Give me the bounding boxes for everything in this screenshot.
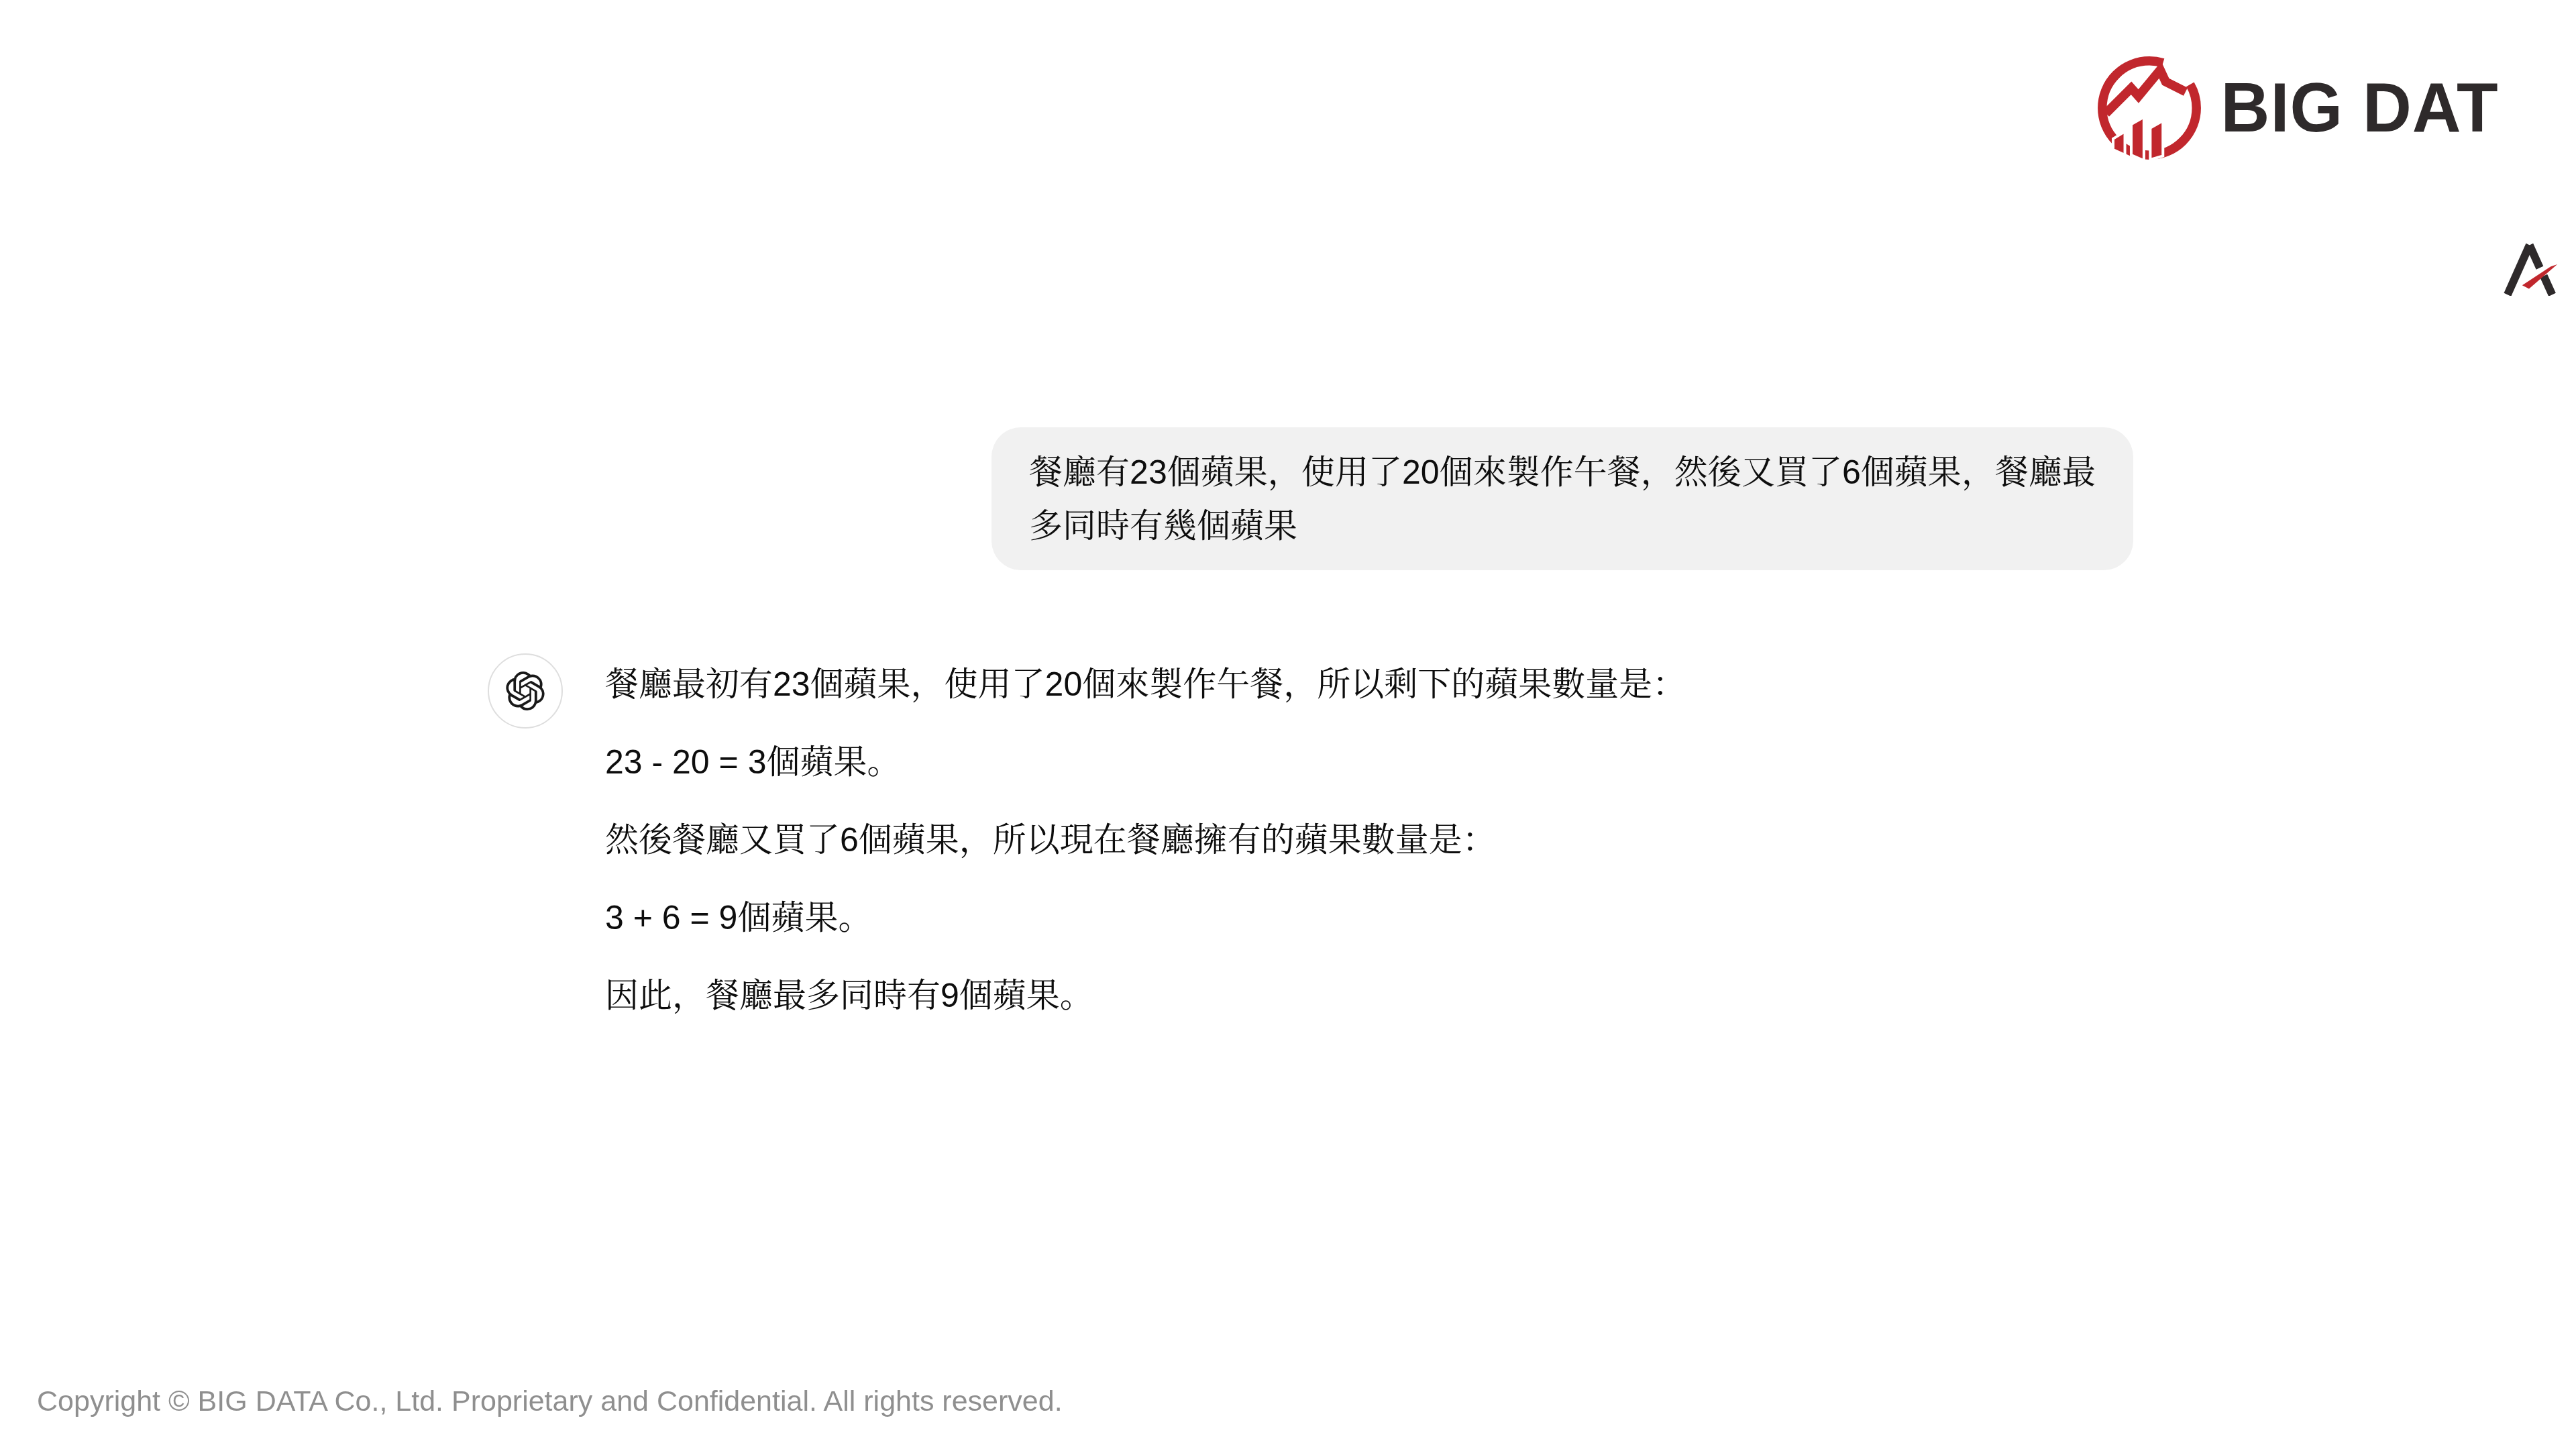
openai-logo-icon xyxy=(506,672,545,710)
bigdata-logo-text-main: BIG DAT xyxy=(2221,68,2499,148)
assistant-paragraph: 然後餐廳又買了6個蘋果，所以現在餐廳擁有的蘋果數量是： xyxy=(605,813,2202,867)
bigdata-logo-accent-a-icon xyxy=(2503,83,2560,136)
assistant-paragraph: 23 - 20 = 3個蘋果。 xyxy=(605,735,2202,789)
assistant-paragraph: 因此，餐廳最多同時有9個蘋果。 xyxy=(605,969,2202,1022)
bigdata-logo-text: BIG DAT xyxy=(2221,68,2560,148)
assistant-message-body: 餐廳最初有23個蘋果，使用了20個來製作午餐，所以剩下的蘋果數量是： 23 - … xyxy=(605,631,2202,1022)
bigdata-chart-circle-icon xyxy=(2095,54,2204,162)
user-message-bubble: 餐廳有23個蘋果，使用了20個來製作午餐，然後又買了6個蘋果，餐廳最多同時有幾個… xyxy=(991,427,2133,570)
assistant-paragraph: 3 + 6 = 9個蘋果。 xyxy=(605,891,2202,945)
copyright-notice: Copyright © BIG DATA Co., Ltd. Proprieta… xyxy=(37,1384,1063,1419)
bigdata-logo: BIG DAT xyxy=(2095,54,2560,162)
assistant-avatar xyxy=(488,653,563,729)
assistant-message: 餐廳最初有23個蘋果，使用了20個來製作午餐，所以剩下的蘋果數量是： 23 - … xyxy=(488,631,2232,1022)
user-message-text: 餐廳有23個蘋果，使用了20個來製作午餐，然後又買了6個蘋果，餐廳最多同時有幾個… xyxy=(1029,453,2096,545)
assistant-paragraph: 餐廳最初有23個蘋果，使用了20個來製作午餐，所以剩下的蘋果數量是： xyxy=(605,657,2202,711)
